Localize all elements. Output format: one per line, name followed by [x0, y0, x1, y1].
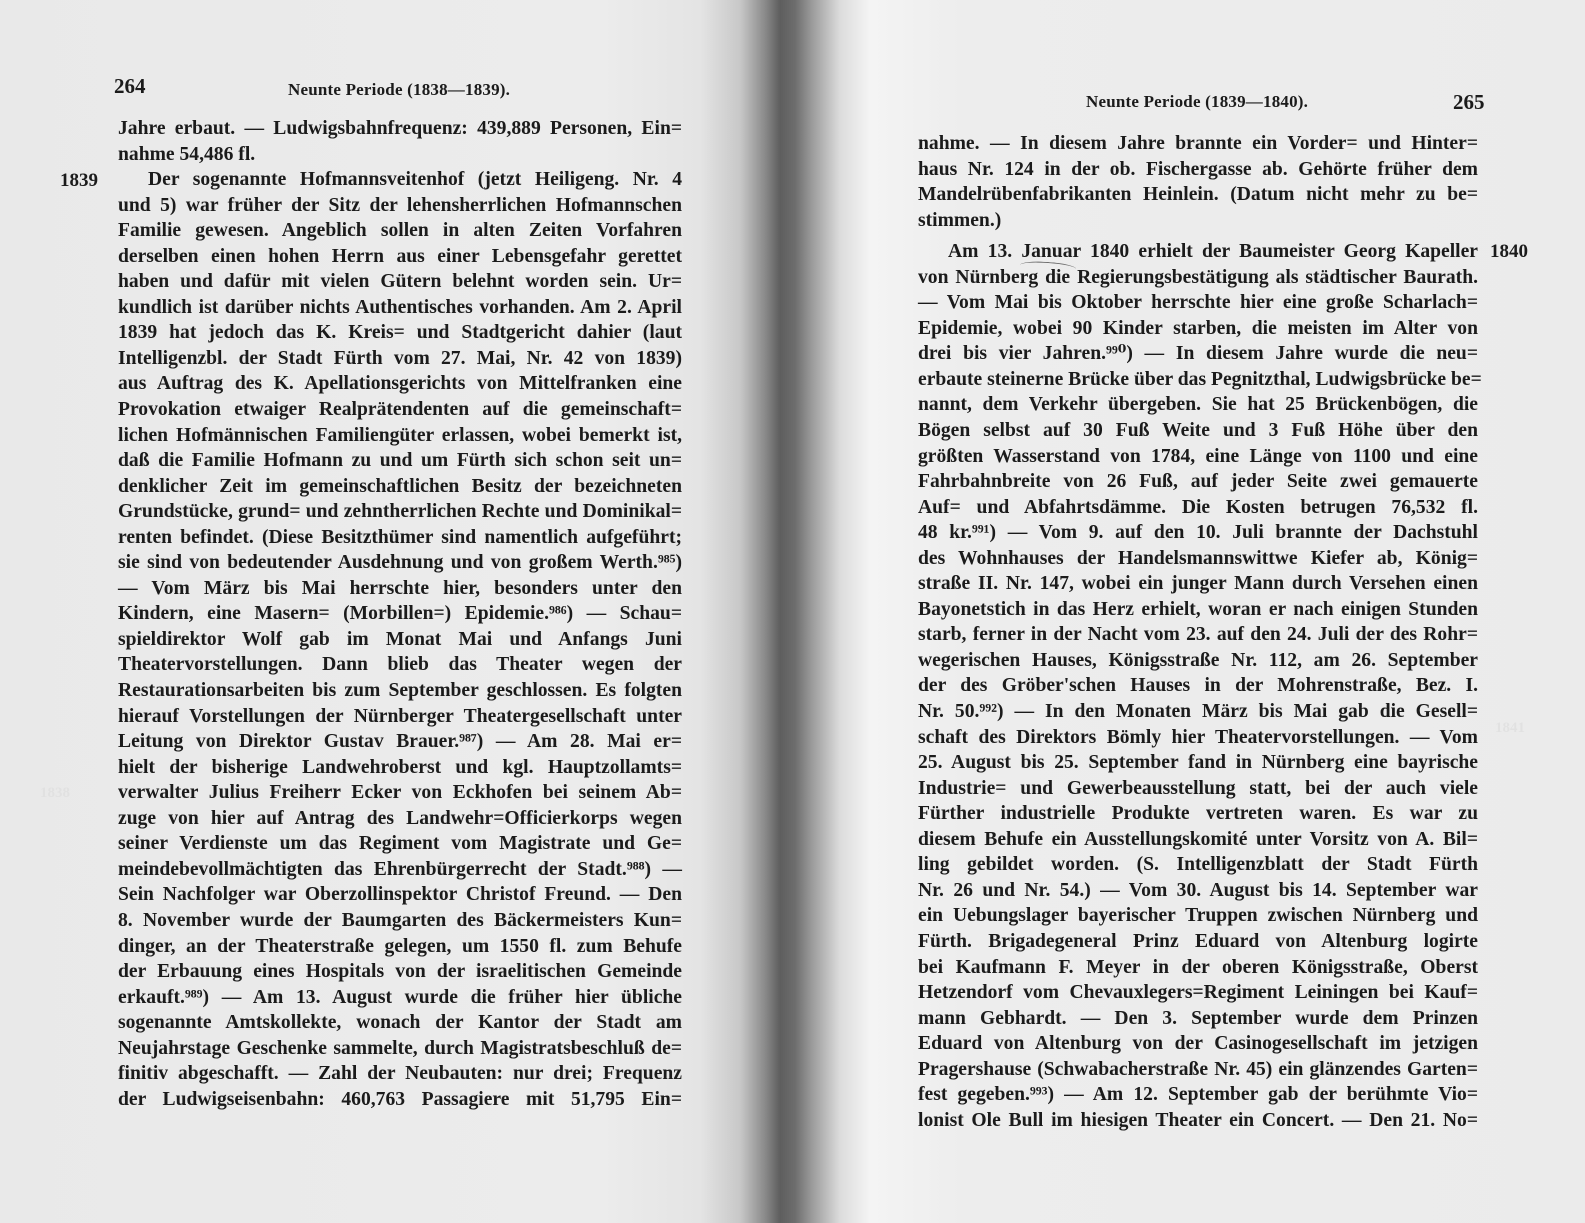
margin-year: 1839	[60, 170, 98, 192]
text-line: kundlich ist darüber nichts Authentische…	[118, 295, 682, 321]
text-line: Neujahrstage Geschenke sammelte, durch M…	[118, 1036, 682, 1062]
text-line: Sein Nachfolger war Oberzollinspektor Ch…	[118, 882, 682, 908]
text-line: 8. November wurde der Baumgarten des Bäc…	[118, 908, 682, 934]
text-line: Theatervorstellungen. Dann blieb das The…	[118, 652, 682, 678]
running-head: Neunte Periode (1838—1839).	[288, 80, 510, 110]
text-line: Eduard von Altenburg von der Casinogesel…	[918, 1031, 1478, 1057]
text-line: der Ludwigseisenbahn: 460,763 Passagiere…	[118, 1087, 682, 1113]
text-line: aus Auftrag des K. Apellationsgerichts v…	[118, 371, 682, 397]
text-line: haben und dafür mit vielen Gütern belehn…	[118, 269, 682, 295]
text-line: — Vom März bis Mai herrschte hier, beson…	[118, 576, 682, 602]
text-line: ling gebildet worden. (S. Intelligenzbla…	[918, 852, 1478, 878]
text-line: erbaute steinerne Brücke über das Pegnit…	[918, 367, 1478, 393]
body-text: Jahre erbaut. — Ludwigsbahnfrequenz: 439…	[118, 116, 682, 1112]
text-line: lonist Ole Bull im hiesigen Theater ein …	[918, 1108, 1478, 1134]
body-text: nahme. — In diesem Jahre brannte ein Vor…	[918, 131, 1478, 1133]
text-line: Jahre erbaut. — Ludwigsbahnfrequenz: 439…	[118, 116, 682, 142]
bleed-through-text: 1838	[40, 785, 70, 802]
text-line: renten befindet. (Diese Besitzthümer sin…	[118, 525, 682, 551]
text-line: hierauf Vorstellungen der Nürnberger The…	[118, 704, 682, 730]
text-line: 48 kr.⁹⁹¹) — Vom 9. auf den 10. Juli bra…	[918, 520, 1478, 546]
text-line: erkauft.⁹⁸⁹) — Am 13. August wurde die f…	[118, 985, 682, 1011]
text-line: hielt der bisherige Landwehroberst und k…	[118, 755, 682, 781]
text-line: Nr. 50.⁹⁹²) — In den Monaten März bis Ma…	[918, 699, 1478, 725]
book-spread: 264 Neunte Periode (1838—1839). 1839 183…	[0, 0, 1585, 1223]
page-number: 265	[1453, 90, 1485, 115]
text-line: wegerischen Hauses, Königsstraße Nr. 112…	[918, 648, 1478, 674]
text-line: Industrie= und Gewerbeausstellung statt,…	[918, 776, 1478, 802]
text-line: derselben einen hohen Herrn aus einer Le…	[118, 244, 682, 270]
text-line: daß die Familie Hofmann zu und um Fürth …	[118, 448, 682, 474]
text-line: lichen Hofmännischen Familiengüter erlas…	[118, 423, 682, 449]
text-line: denklicher Zeit im gemeinschaftlichen Be…	[118, 474, 682, 500]
left-page: 264 Neunte Periode (1838—1839). 1839 183…	[0, 0, 770, 1223]
text-line: Familie gewesen. Angeblich sollen in alt…	[118, 218, 682, 244]
text-line: Mandelrübenfabrikanten Heinlein. (Datum …	[918, 182, 1478, 208]
text-line: — Vom Mai bis Oktober herrschte hier ein…	[918, 290, 1478, 316]
text-line: mann Gebhardt. — Den 3. September wurde …	[918, 1006, 1478, 1032]
text-line: Der sogenannte Hofmannsveitenhof (jetzt …	[118, 167, 682, 193]
text-line: größten Wasserstand von 1784, eine Länge…	[918, 444, 1478, 470]
text-line: Bayonetstich in das Herz erhielt, woran …	[918, 597, 1478, 623]
text-line: Nr. 26 und Nr. 54.) — Vom 30. August bis…	[918, 878, 1478, 904]
text-line: Fürther industrielle Produkte vertreten …	[918, 801, 1478, 827]
text-line: des Wohnhauses der Handelsmannswittwe Ki…	[918, 546, 1478, 572]
text-line: 1839 hat jedoch das K. Kreis= und Stadtg…	[118, 320, 682, 346]
text-line: ein Uebungslager bayerischer Truppen zwi…	[918, 903, 1478, 929]
text-line: nannt, dem Verkehr übergeben. Sie hat 25…	[918, 392, 1478, 418]
text-line: Grundstücke, grund= und zehntherrlichen …	[118, 499, 682, 525]
text-line: sie sind von bedeutender Ausdehnung und …	[118, 550, 682, 576]
text-line: straße II. Nr. 147, wobei ein junger Man…	[918, 571, 1478, 597]
text-line: schaft des Direktors Bömly hier Theaterv…	[918, 725, 1478, 751]
text-line: seiner Verdienste um das Regiment vom Ma…	[118, 831, 682, 857]
running-head: Neunte Periode (1839—1840).	[1086, 92, 1308, 122]
text-line: sogenannte Amtskollekte, wonach der Kant…	[118, 1010, 682, 1036]
page-number: 264	[114, 74, 146, 99]
text-line: finitiv abgeschafft. — Zahl der Neubaute…	[118, 1061, 682, 1087]
text-line: fest gegeben.⁹⁹³) — Am 12. September gab…	[918, 1082, 1478, 1108]
text-line: Fürth. Brigadegeneral Prinz Eduard von A…	[918, 929, 1478, 955]
text-line: nahme. — In diesem Jahre brannte ein Vor…	[918, 131, 1478, 157]
text-line: und 5) war früher der Sitz der lehensher…	[118, 193, 682, 219]
text-line: diesem Behufe ein Ausstellungskomité unt…	[918, 827, 1478, 853]
margin-year: 1840	[1490, 241, 1528, 263]
text-line: Hetzendorf vom Chevauxlegers=Regiment Le…	[918, 980, 1478, 1006]
text-line: Am 13. Januar 1840 erhielt der Baumeiste…	[918, 239, 1478, 265]
text-line: Kindern, eine Masern= (Morbillen=) Epide…	[118, 601, 682, 627]
text-line: stimmen.)	[918, 208, 1478, 234]
text-line: meindebevollmächtigten das Ehrenbürgerre…	[118, 857, 682, 883]
text-line: haus Nr. 124 in der ob. Fischergasse ab.…	[918, 157, 1478, 183]
text-line: Pragershause (Schwabacherstraße Nr. 45) …	[918, 1057, 1478, 1083]
text-line: der Erbauung eines Hospitals von der isr…	[118, 959, 682, 985]
text-line: Provokation etwaiger Realprätendenten au…	[118, 397, 682, 423]
text-line: Auf= und Abfahrtsdämme. Die Kosten betru…	[918, 495, 1478, 521]
text-line: spieldirektor Wolf gab im Monat Mai und …	[118, 627, 682, 653]
text-line: von Nürnberg die Regierungsbestätigung a…	[918, 265, 1478, 291]
bleed-through-text: 1841	[1495, 720, 1525, 737]
text-line: Intelligenzbl. der Stadt Fürth vom 27. M…	[118, 346, 682, 372]
text-line: bei Kaufmann F. Meyer in der oberen Köni…	[918, 955, 1478, 981]
text-line: drei bis vier Jahren.⁹⁹⁰) — In diesem Ja…	[918, 341, 1478, 367]
text-line: nahme 54,486 fl.	[118, 142, 682, 168]
text-line: 25. August bis 25. September fand in Nür…	[918, 750, 1478, 776]
text-line: dinger, an der Theaterstraße gelegen, um…	[118, 934, 682, 960]
text-line: verwalter Julius Freiherr Ecker von Eckh…	[118, 780, 682, 806]
text-line: Restaurationsarbeiten bis zum September …	[118, 678, 682, 704]
text-line: Bögen selbst auf 30 Fuß Weite und 3 Fuß …	[918, 418, 1478, 444]
text-line: Fahrbahnbreite von 26 Fuß, auf jeder Sei…	[918, 469, 1478, 495]
text-line: zuge von hier auf Antrag des Landwehr=Of…	[118, 806, 682, 832]
text-line: Leitung von Direktor Gustav Brauer.⁹⁸⁷) …	[118, 729, 682, 755]
text-line: der des Gröber'schen Hauses in der Mohre…	[918, 673, 1478, 699]
text-line: starb, ferner in der Nacht vom 23. auf d…	[918, 622, 1478, 648]
right-page: Neunte Periode (1839—1840). 265 1840 184…	[800, 0, 1585, 1223]
text-line: Epidemie, wobei 90 Kinder starben, die m…	[918, 316, 1478, 342]
